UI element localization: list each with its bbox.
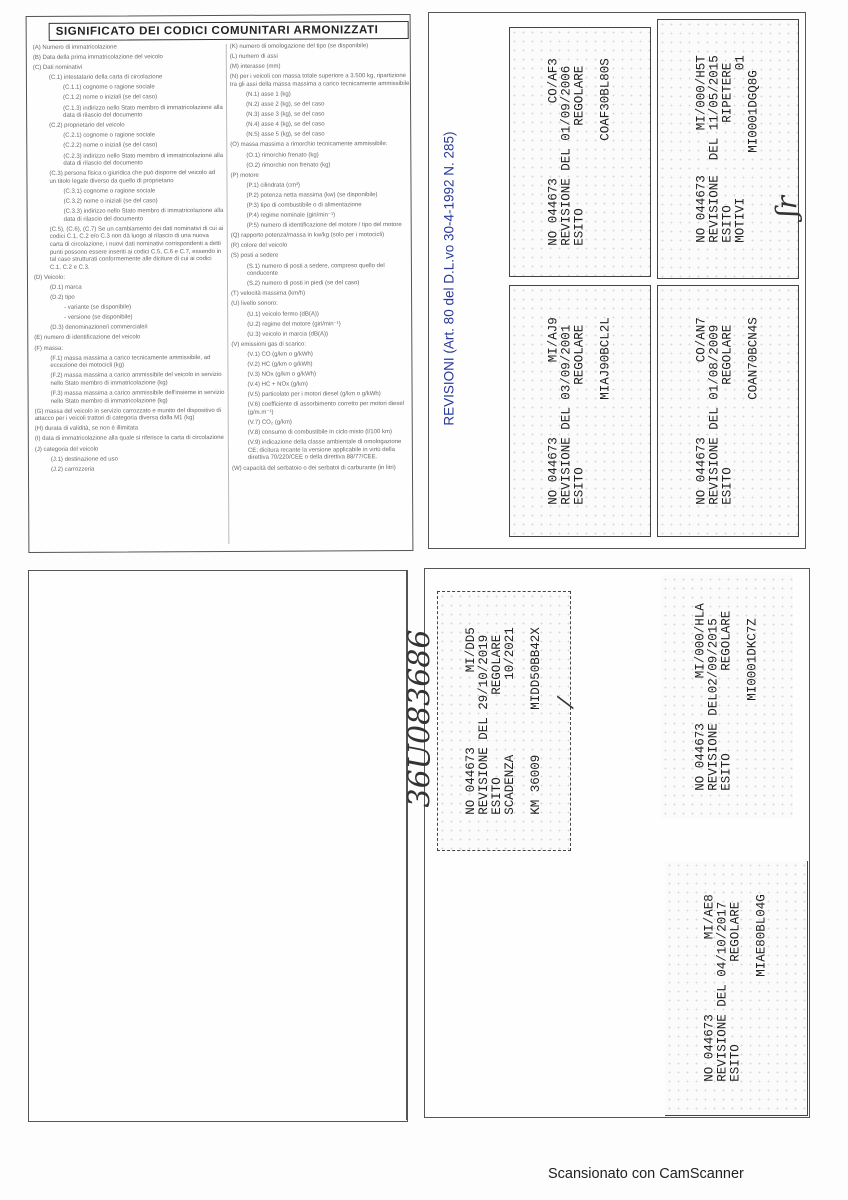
code-item: (V.4) HC + NOx (g/km) — [232, 381, 412, 390]
code-item: (I) data di immatricolazione alla quale … — [35, 435, 225, 444]
code-item: (B) Data della prima immatricolazione de… — [33, 54, 223, 63]
code-item: (S.2) numero di posti in piedi (se del c… — [231, 280, 411, 289]
revision-stamp: NO 044673 MI/AJ9 REVISIONE DEL 03/09/200… — [509, 285, 651, 537]
code-item: (C.2.2) nome o iniziali (se del caso) — [33, 142, 223, 151]
revision-stamp: NO 044673 MI/000/HLA REVISIONE DEL02/09/… — [661, 575, 793, 819]
code-item: (C.1) intestatario della carta di circol… — [33, 74, 223, 83]
code-item: (U.3) veicolo in marcia (dB(A)) — [231, 331, 411, 340]
code-item: (P.3) tipo di combustibile o di alimenta… — [231, 202, 411, 211]
code-item: (C.2.3) indirizzo nello Stato membro di … — [33, 153, 223, 169]
code-item: (A) Numero di immatricolazione — [33, 44, 223, 53]
code-item: (D.2) tipo — [34, 294, 224, 303]
revision-stamp: NO 044673 CO/AN7 REVISIONE DEL 01/08/200… — [657, 285, 799, 537]
code-item: (U.1) veicolo fermo (dB(A)) — [231, 311, 411, 320]
codes-title: SIGNIFICATO DEI CODICI COMUNITARI ARMONI… — [49, 21, 409, 41]
code-item: (D.1) marca — [34, 284, 224, 293]
code-item: (N.4) asse 4 (kg), se del caso — [230, 121, 410, 130]
handwritten-number: 36U083686 — [403, 608, 438, 808]
stamp-text: NO 044673 CO/AN7 REVISIONE DEL 01/08/200… — [696, 317, 761, 505]
code-item: (F) massa: — [34, 344, 224, 353]
code-item: (S) posti a sedere — [231, 252, 411, 261]
code-item: (Q) rapporto potenza/massa in kw/kg (sol… — [231, 232, 411, 241]
code-item: (N.2) asse 2 (kg), se del caso — [230, 101, 410, 110]
code-item: (T) velocità massima (km/h) — [231, 290, 411, 299]
code-item: (V.7) CO₂ (g/km) — [232, 419, 412, 428]
code-item: (R) colore del veicolo — [231, 242, 411, 251]
handwritten-mark: / — [553, 697, 579, 709]
code-item: (O.1) rimorchio frenato (kg) — [230, 152, 410, 161]
revisioni-title: REVISIONI (Art. 80 del D.L.vo 30-4-1992 … — [442, 109, 457, 449]
stamp-text: NO 044673 MI/AE8 REVISIONE DEL 04/10/201… — [704, 894, 769, 1082]
code-item: (E) numero di identificazione del veicol… — [34, 334, 224, 343]
code-item: (L) numero di assi — [230, 53, 410, 62]
code-item: (C.2.1) cognome o ragione sociale — [33, 132, 223, 141]
codes-right-column: (K) numero di omologazione del tipo (se … — [226, 43, 413, 544]
code-item: (V.8) consumo di combustibile in ciclo m… — [232, 429, 412, 438]
code-item: - versione (se disponibile) — [34, 314, 224, 323]
signature: ʃr — [770, 196, 803, 217]
stamp-text: NO 044673 MI/000/HLA REVISIONE DEL02/09/… — [695, 603, 760, 791]
code-item: (U) livello sonoro: — [231, 300, 411, 309]
code-item: (F.2) massa massima a carico ammissibile… — [34, 372, 224, 388]
code-item: (F.3) massa massima a carico ammissibile… — [35, 390, 225, 406]
code-item: (C.3) persona fisica o giuridica che può… — [33, 170, 223, 186]
code-item: (D) Veicolo: — [34, 274, 224, 283]
revision-stamp: NO 044673 MI/000/H5T REVISIONE DEL 11/05… — [657, 19, 799, 279]
code-item: (N.3) asse 3 (kg), se del caso — [230, 111, 410, 120]
code-item: (J.2) carrozzeria — [35, 466, 225, 475]
code-item: (C.3.3) indirizzo nello Stato membro di … — [34, 208, 224, 224]
code-item: (H) durata di validità, se non è illimit… — [35, 425, 225, 434]
code-item: (C.1.1) cognome o ragione sociale — [33, 84, 223, 93]
code-item: (C.1.2) nome o iniziali (se del caso) — [33, 94, 223, 103]
revision-stamp: NO 044673 MI/AE8 REVISIONE DEL 04/10/201… — [665, 861, 808, 1116]
code-item: (P.1) cilindrata (cm³) — [230, 182, 410, 191]
code-item: (S.1) numero di posti a sedere, compreso… — [231, 263, 411, 279]
code-item: (G) massa del veicolo in servizio carroz… — [35, 408, 225, 424]
code-item: (N) per i veicoli con massa totale super… — [230, 73, 410, 89]
code-item: (V.6) coefficiente di assorbimento corre… — [232, 401, 412, 417]
code-item: (W) capacità del serbatoio o dei serbato… — [232, 465, 412, 474]
code-item: (V.9) indicazione della classe ambiental… — [232, 439, 412, 463]
code-item: (V.5) particolato per i motori diesel (g… — [232, 391, 412, 400]
code-item: (V) emissioni gas di scarico: — [231, 341, 411, 350]
code-item: (D.3) denominazione/i commerciale/i — [34, 324, 224, 333]
revision-stamp: NO 044673 CO/AF3 REVISIONE DEL 01/09/200… — [509, 27, 651, 277]
codes-left-column: (A) Numero di immatricolazione(B) Data d… — [33, 44, 225, 477]
revisioni-panel: REVISIONI (Art. 80 del D.L.vo 30-4-1992 … — [428, 12, 806, 549]
code-item: (C.5), (C.6), (C.7) Se un cambiamento de… — [34, 226, 224, 273]
code-item: (O) massa massima a rimorchio tecnicamen… — [230, 141, 410, 150]
code-item: (P.2) potenza netta massima (kw) (se dis… — [231, 192, 411, 201]
stamp-text: NO 044673 CO/AF3 REVISIONE DEL 01/09/200… — [548, 58, 613, 246]
code-item: (P) motore — [230, 172, 410, 181]
codes-legend-panel: SIGNIFICATO DEI CODICI COMUNITARI ARMONI… — [26, 14, 414, 553]
stamp-text: NO 044673 MI/000/H5T REVISIONE DEL 11/05… — [696, 55, 761, 243]
code-item: (C.3.1) cognome o ragione sociale — [34, 188, 224, 197]
revision-stamp: NO 044673 MI/DD5 REVISIONE DEL 29/10/201… — [437, 591, 571, 851]
code-item: (J.1) destinazione ed uso — [35, 456, 225, 465]
revisioni-continued-panel: NO 044673 MI/DD5 REVISIONE DEL 29/10/201… — [424, 568, 810, 1118]
stamp-text: NO 044673 MI/DD5 REVISIONE DEL 29/10/201… — [465, 627, 543, 815]
code-item: (C.2) proprietario del veicolo — [33, 122, 223, 131]
code-item: (U.2) regime del motore (giri/min⁻¹) — [231, 321, 411, 330]
code-item: (O.2) rimorchio non frenato (kg) — [230, 162, 410, 171]
code-item: (V.2) HC (g/km o g/kWh) — [231, 361, 411, 370]
code-item: - variante (se disponibile) — [34, 304, 224, 313]
scan-footer: Scansionato con CamScanner — [548, 1166, 744, 1182]
stamp-text: NO 044673 MI/AJ9 REVISIONE DEL 03/09/200… — [548, 317, 613, 505]
code-item: (N.5) asse 5 (kg), se del caso — [230, 131, 410, 140]
code-item: (V.1) CO (g/km o g/kWh) — [231, 351, 411, 360]
code-item: (F.1) massa massima a carico tecnicament… — [34, 355, 224, 371]
code-item: (K) numero di omologazione del tipo (se … — [230, 43, 410, 52]
code-item: (J) categoria del veicolo — [35, 446, 225, 455]
code-item: (N.1) asse 1 (kg) — [230, 91, 410, 100]
code-item: (C.3.2) nome o iniziali (se del caso) — [34, 198, 224, 207]
blank-panel — [28, 570, 408, 1122]
code-item: (C.1.3) indirizzo nello Stato membro di … — [33, 105, 223, 121]
code-item: (P.4) regime nominale (giri/min⁻¹) — [231, 212, 411, 221]
code-item: (V.3) NOx (g/km o g/kWh) — [231, 371, 411, 380]
code-item: (C) Dati nominativi — [33, 64, 223, 73]
code-item: (M) interasse (mm) — [230, 63, 410, 72]
code-item: (P.5) numero di identificazione del moto… — [231, 222, 411, 231]
